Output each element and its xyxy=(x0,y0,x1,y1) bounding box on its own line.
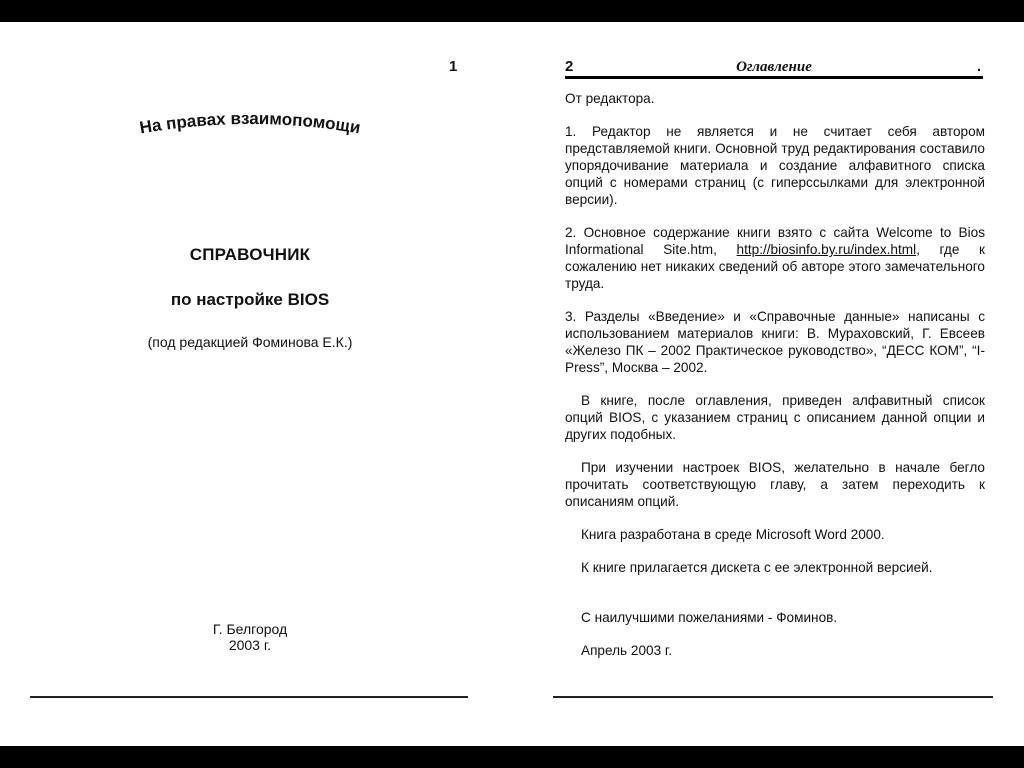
paragraph-word: Книга разработана в среде Microsoft Word… xyxy=(565,526,985,543)
date: Апрель 2003 г. xyxy=(565,642,985,659)
paragraph-item-1: 1. Редактор не является и не считает себ… xyxy=(565,123,985,208)
paragraph-study: При изучении настроек BIOS, желательно в… xyxy=(565,459,985,510)
page-header: 2 Оглавление . xyxy=(565,58,983,79)
intro-line: От редактора. xyxy=(565,90,985,107)
publication-city: Г. Белгород xyxy=(30,621,470,637)
source-link[interactable]: http://biosinfo.by.ru/index.html xyxy=(737,242,917,257)
section-title: Оглавление xyxy=(565,59,983,76)
footer-rule xyxy=(553,696,993,698)
paragraph-item-3: 3. Разделы «Введение» и «Справочные данн… xyxy=(565,308,985,376)
editor-note: (под редакцией Фоминова Е.К.) xyxy=(30,334,470,350)
header-dot: . xyxy=(977,58,981,75)
paragraph-item-2: 2. Основное содержание книги взято с сай… xyxy=(565,224,985,292)
top-black-bar xyxy=(0,0,1024,22)
svg-text:На правах взаимопомощи: На правах взаимопомощи xyxy=(138,109,362,137)
right-page: 2 Оглавление . От редактора. 1. Редактор… xyxy=(512,22,1024,746)
page-number: 1 xyxy=(449,58,457,75)
signature: С наилучшими пожеланиями - Фоминов. xyxy=(565,609,985,626)
bottom-black-bar xyxy=(0,746,1024,768)
paragraph-diskette: К книге прилагается дискета с ее электро… xyxy=(565,559,985,576)
book-subtitle: по настройке BIOS xyxy=(30,290,470,310)
paragraph-index: В книге, после оглавления, приведен алфа… xyxy=(565,392,985,443)
publication-year: 2003 г. xyxy=(30,637,470,653)
arched-heading: На правах взаимопомощи xyxy=(130,100,370,140)
left-page: 1 На правах взаимопомощи СПРАВОЧНИК по н… xyxy=(0,22,512,746)
page-body: От редактора. 1. Редактор не является и … xyxy=(565,90,985,675)
footer-rule xyxy=(30,696,468,698)
book-title: СПРАВОЧНИК xyxy=(30,245,470,265)
spacer xyxy=(565,593,985,609)
arched-heading-text: На правах взаимопомощи xyxy=(138,109,362,137)
